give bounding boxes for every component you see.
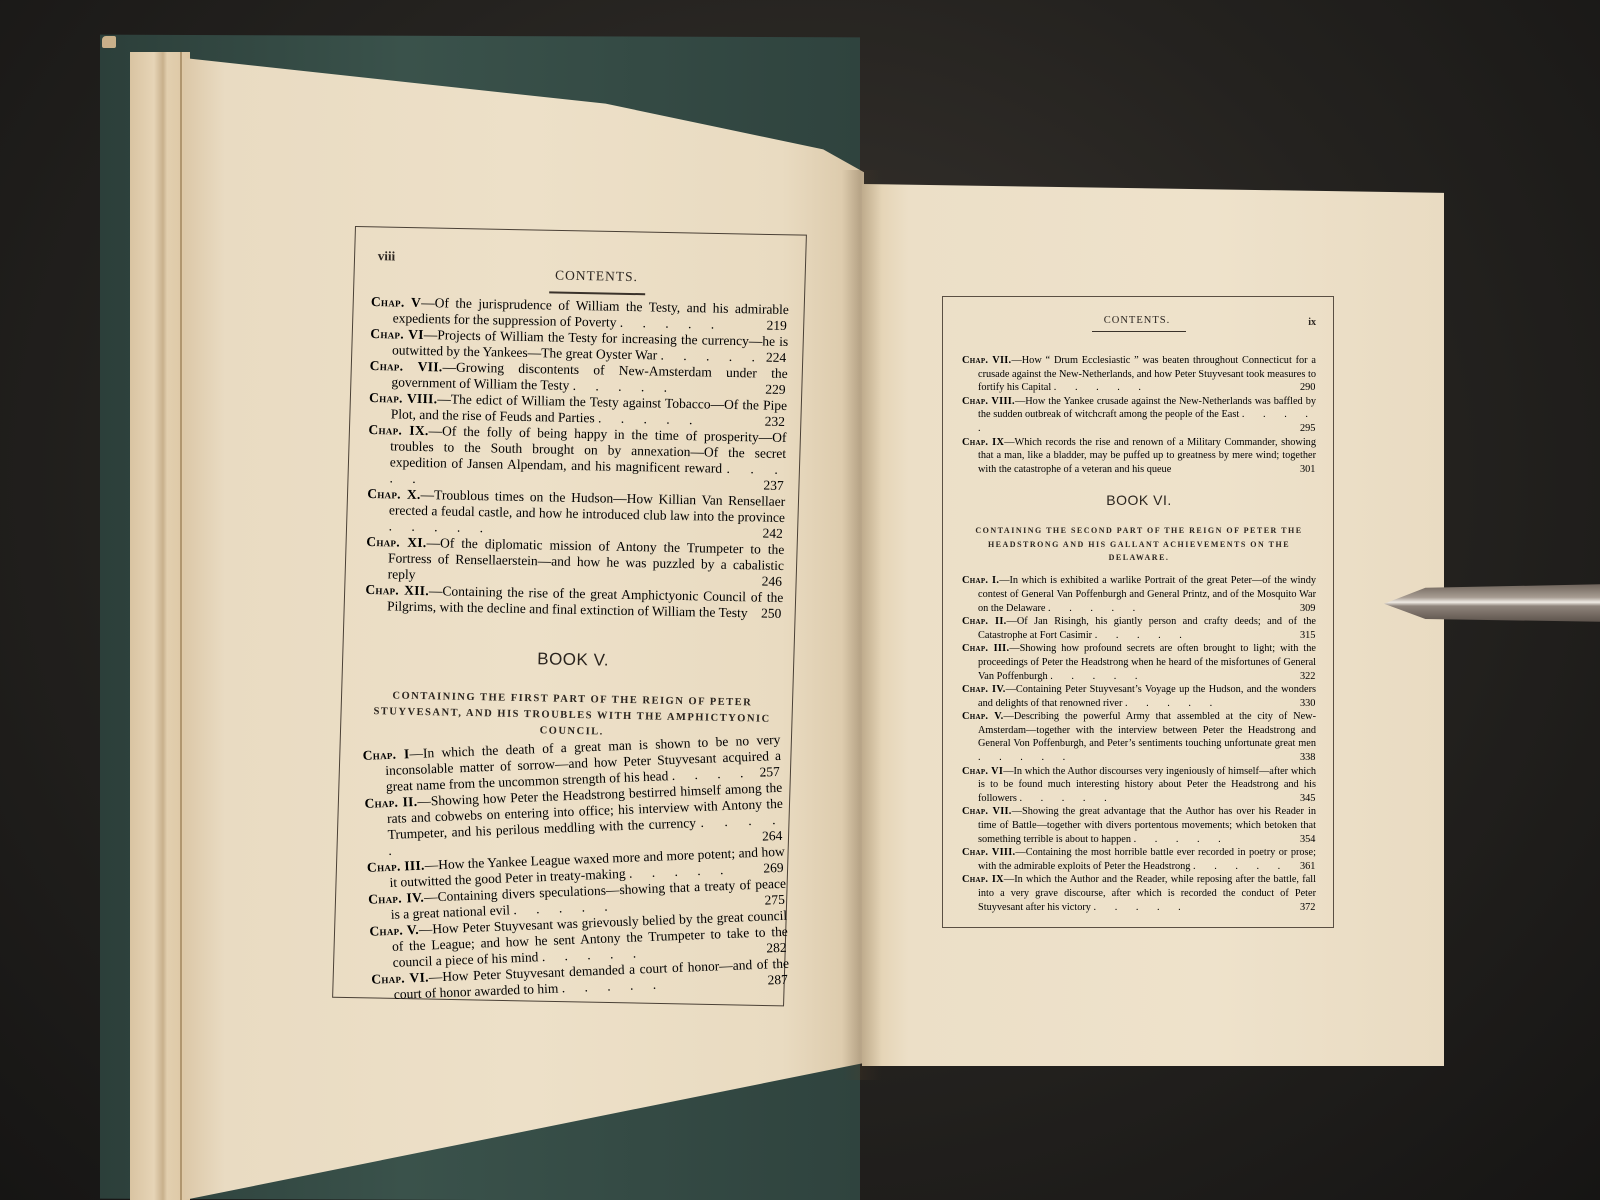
right-page-content: CONTENTS. ix Chap. VII.—How “ Drum Eccle… — [962, 310, 1316, 914]
toc-entry: Chap. IX—In which the Author and the Rea… — [962, 873, 1316, 914]
cover-corner-wear — [102, 36, 116, 48]
toc-list-book-v: Chap. I—In which the death of a great ma… — [362, 732, 790, 1004]
page-block-edges — [130, 52, 190, 1200]
toc-entry: Chap. V.—Describing the powerful Army th… — [962, 710, 1316, 764]
left-page-content: viii CONTENTS. Chap. V—Of the jurisprude… — [357, 248, 789, 1012]
toc-list-book-vi: Chap. I.—In which is exhibited a warlike… — [962, 574, 1316, 914]
toc-entry: Chap. I.—In which is exhibited a warlike… — [962, 574, 1316, 615]
toc-entry: Chap. III.—Showing how profound secrets … — [962, 642, 1316, 683]
toc-entry: Chap. IX—Which records the rise and reno… — [962, 436, 1316, 477]
toc-entry: Chap. VIII.—How the Yankee crusade again… — [962, 395, 1316, 436]
heading-rule — [549, 291, 645, 294]
toc-entry: Chap. VI—In which the Author discourses … — [962, 765, 1316, 806]
toc-entry: Chap. VIII.—Containing the most horrible… — [962, 846, 1316, 873]
heading-rule — [1092, 331, 1186, 332]
book-heading-vi: BOOK VI. — [962, 494, 1316, 508]
book-subtitle-vi: CONTAINING THE SECOND PART OF THE REIGN … — [962, 524, 1316, 565]
toc-entry: Chap. IX.—Of the folly of being happy in… — [367, 422, 786, 494]
toc-entry: Chap. XI.—Of the diplomatic mission of A… — [366, 534, 785, 590]
page-number-left: viii — [378, 248, 396, 264]
toc-list-book-iv: Chap. V—Of the jurisprudence of William … — [365, 294, 789, 622]
toc-entry: Chap. IV.—Containing Peter Stuyvesant’s … — [962, 683, 1316, 710]
running-head-left: CONTENTS. — [521, 267, 671, 286]
page-number-right: ix — [1308, 316, 1316, 330]
toc-entry: Chap. II.—Of Jan Risingh, his giantly pe… — [962, 615, 1316, 642]
toc-list-book-v-cont: Chap. VII.—How “ Drum Ecclesiastic ” was… — [962, 354, 1316, 476]
toc-entry: Chap. X.—Troublous times on the Hudson—H… — [367, 486, 786, 542]
gutter-shadow — [842, 170, 882, 1080]
book-heading-v: BOOK V. — [364, 648, 782, 672]
running-head-right: CONTENTS. — [1072, 314, 1202, 328]
toc-entry: Chap. VII.—How “ Drum Ecclesiastic ” was… — [962, 354, 1316, 395]
toc-entry: Chap. VII.—Showing the great advantage t… — [962, 805, 1316, 846]
